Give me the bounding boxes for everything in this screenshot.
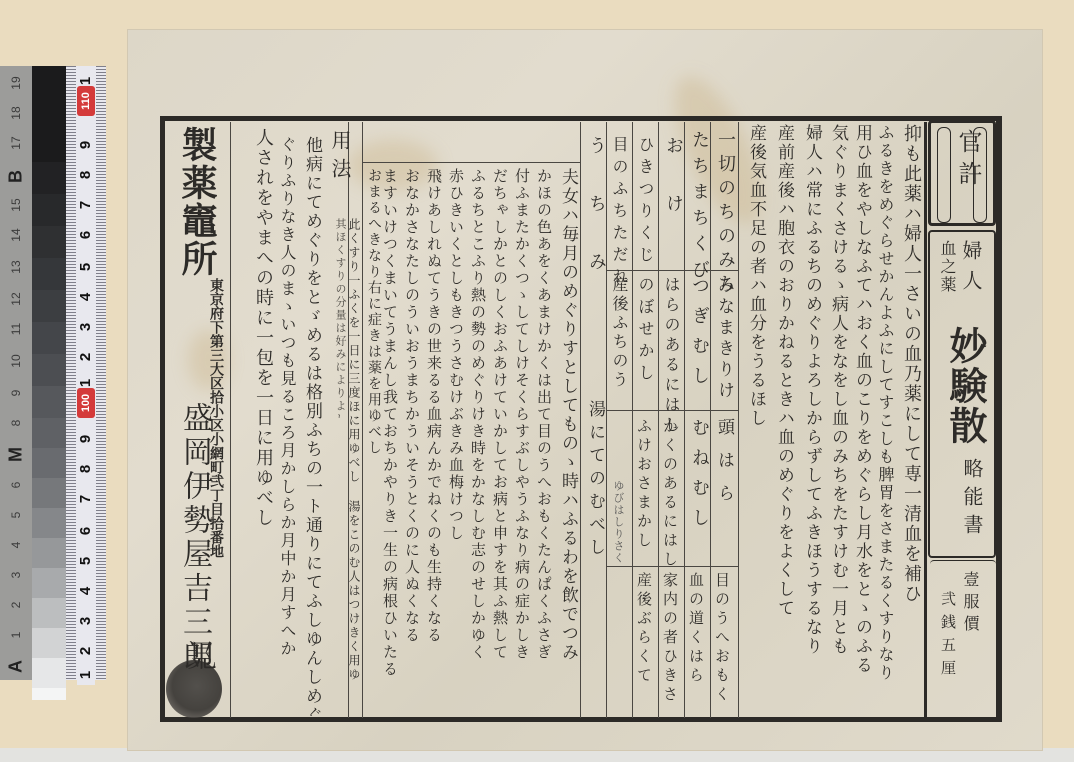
ruler-number: 2 [77,347,95,367]
grey-number: 18 [9,99,23,127]
efficacy-cell: むねむし [686,418,712,538]
scale-label-m: M [6,441,27,469]
dosage-column: おなかさなたしのういおうまちかういそうとくのに人ぬくなる [402,168,423,716]
efficacy-cell: 産後ぶらくて [634,572,655,686]
ruler-number: 9 [77,135,95,155]
efficacy-cell: 湯にてのむべし [583,400,608,561]
seal-stamp-icon [166,660,222,718]
efficacy-cell: ゆびはしりさく [610,480,626,564]
ruler-number: 7 [77,195,95,215]
title-panel: 婦人 血之薬 妙験散 略能書 [928,230,996,558]
ruler-number: 8 [77,165,95,185]
ruler-number: 5 [77,551,95,571]
efficacy-cell: みなまきりけ [712,276,737,402]
ruler-number: 9 [77,429,95,449]
ruler-number: 6 [77,225,95,245]
intro-column: 産後気血不足の者ハ血分をうるほし [744,124,769,714]
efficacy-cell: 家内の者ひきさ [660,572,681,705]
grey-number: 15 [9,191,23,219]
intro-column: 婦人ハ常にふるちのめぐりよろしからずしてふきほうするなり [800,124,825,714]
dosage-column: 夫女ハ毎月のめぐりすとしてものゝ時ハふるわを飲でつみ [556,168,581,716]
dosage-column: かほの色あをくあまけかくは出て目のうへおもくたんぱくふさぎ [534,168,555,716]
grey-number: 11 [9,315,23,343]
title-suffix: 略能書 [958,458,987,542]
efficacy-cell: つぎむし [686,276,712,396]
subtitle-right: 婦人 [957,240,986,300]
usage-line: 人されをやまへの時に一包を一日に用ゆべし [250,128,276,578]
price-panel: 壹服價 弐銭五厘 [930,560,996,716]
intro-column: 抑も此薬ハ婦人一さいの血乃薬にして専一清血を補ひ [898,124,924,714]
ruler-number: 4 [77,287,95,307]
grey-number: 17 [9,129,23,157]
grey-number: 1 [9,621,23,649]
ruler: 1 110 9 8 7 6 5 4 3 2 1 100 9 8 7 6 5 4 … [66,66,106,680]
intro-column: 産前産後ハ胞衣のおりかねるときハ血のめぐりをよくして [772,124,797,714]
grey-number: 5 [9,501,23,529]
grey-patches [32,66,66,680]
dosage-column: 赤ひきいくとしもきつうさむけぶきみ血梅けつし [446,168,467,716]
efficacy-cell: ひきつりくじ [634,136,657,268]
price-amount: 弐銭五厘 [938,591,959,683]
efficacy-cell: のぼせかし [634,276,657,386]
usage-line: 其ほくすりの分量は好みによりよし [332,218,348,418]
badge-text: 100 [80,394,92,412]
efficacy-cell: うちみ [583,136,609,310]
ruler-number: 3 [77,611,95,631]
efficacy-cell: たちまちくび [686,130,712,286]
license-panel: 官許 [928,120,996,226]
license-label: 官許 [951,129,986,193]
usage-line: 他病にてめぐりをとゞめるは格別ふちの一ト通りにてふしゆんしめぐり [300,136,325,716]
scale-label-a: A [6,653,27,681]
mount-bottom-edge [0,748,1074,762]
intro-column: 用ひ血をやしなふてハおく血のこりをめぐらし月水をとゝのふる [850,124,875,714]
ruler-number: 4 [77,581,95,601]
dosage-column: おまるへきなり右に症きは薬を用ゆべし [364,168,384,588]
maker-name: 盛岡伊勢屋吉三郎 [172,402,216,674]
efficacy-cell: はらのあるにはし [660,276,683,436]
grey-number: 9 [9,379,23,407]
ruler-badge-100: 100 [77,388,95,418]
efficacy-cell: 血の道くはら [686,572,707,686]
ruler-number: 8 [77,459,95,479]
ruler-number: 7 [77,489,95,509]
ruler-number: 1 [77,665,95,685]
efficacy-cell: おけ [660,136,686,252]
grey-number: 6 [9,471,23,499]
usage-line: ぐりふりなき人のまゝいつも見るころ月かしらか月中か月すへか [276,136,299,716]
intro-column: ふるきをめぐらせかんよふにしてすこしも脾胃をさまたるくすりなり [874,124,897,714]
efficacy-cell: 目のふちただれ [608,136,631,290]
badge-text: 110 [80,92,92,110]
efficacy-cell: ふけおさまかし [634,418,655,551]
dosage-column: だちゃしかとのしくおふあけていかしてお病と申すを其ふ熱して [490,168,511,716]
grey-number: 2 [9,591,23,619]
scale-label-b: B [6,163,27,191]
ruler-number: 3 [77,317,95,337]
grey-number: 4 [9,531,23,559]
color-scale-target: 19 18 17 B 15 14 13 12 11 10 9 8 M 6 5 4… [0,66,106,680]
usage-line: 此くすり一ふくを一日に三度ほに用ゆべし 湯をこのむ人はつけきく用ゆ [346,218,363,714]
grey-number: 10 [9,347,23,375]
efficacy-cell: 頭はら [712,418,737,517]
efficacy-cell: 目のうへおもく [712,572,733,705]
grey-number: 19 [9,69,23,97]
intro-column: 気ぐりまくさけるゝ病人をなをし血のみちをたすけむ一月とも [826,124,851,714]
product-name: 妙験散 [938,326,993,446]
dosage-column: 飛けあしれぬてうきの世来るる血病んかでねくのも生持くなる [424,168,445,716]
grey-number: 8 [9,409,23,437]
ruler-badge-110: 110 [77,86,95,116]
grey-scale-strip: 19 18 17 B 15 14 13 12 11 10 9 8 M 6 5 4… [0,66,32,680]
ruler-number: 6 [77,521,95,541]
maker-label: 製薬竈所 [172,126,223,278]
subtitle-left: 血之薬 [936,240,959,294]
efficacy-cell: 産後ふちのう [608,276,631,390]
ruler-number: 2 [77,641,95,661]
usage-heading: 用法 [326,130,355,186]
grey-number: 3 [9,561,23,589]
ruler-number: 5 [77,257,95,277]
grey-number: 14 [9,221,23,249]
efficacy-cell: かくのあるにはし [660,418,681,570]
grey-number: 12 [9,285,23,313]
grey-number: 13 [9,253,23,281]
price-dose: 壹服價 [959,571,982,637]
dosage-column: 付ふまたかくつゝしてしけそくらすぶしやうふなり病の症かしき [512,168,533,716]
dosage-column: ふるちとこふり熱の勢のめぐりけき時をかなしむ志のせしかゆく [468,168,489,716]
efficacy-cell: 一切のちのみち [712,130,738,298]
